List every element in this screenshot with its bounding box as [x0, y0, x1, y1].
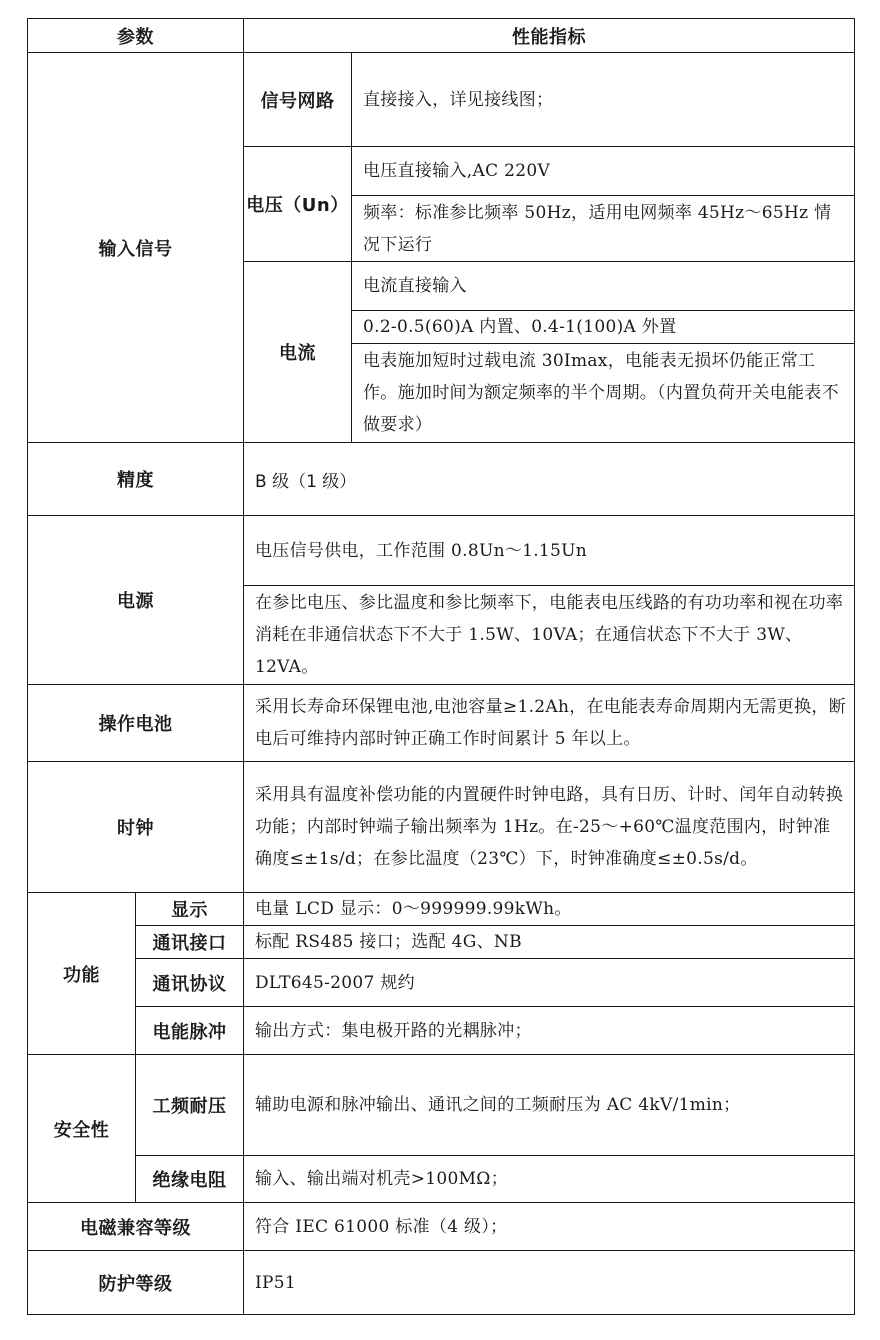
- safety-withstand-value: 辅助电源和脉冲输出、通讯之间的工频耐压为 AC 4kV/1min；: [255, 1089, 740, 1121]
- function-label: 功能: [63, 961, 100, 987]
- current-label: 电流: [279, 339, 316, 365]
- function-comm-protocol-label: 通讯协议: [153, 970, 227, 996]
- power-label: 电源: [117, 587, 154, 613]
- function-display-label-cell: 显示: [135, 892, 244, 926]
- spec-table: 参数 性能指标 输入信号 信号网路 直接接入，详见接线图； 电压（Un） 电压直…: [0, 0, 880, 1340]
- protection-label: 防护等级: [99, 1270, 173, 1296]
- function-display-value-cell: 电量 LCD 显示：0～999999.99kWh。: [243, 892, 855, 926]
- header-spec: 性能指标: [512, 23, 586, 49]
- voltage-value-2-cell: 频率：标准参比频率 50Hz，适用电网频率 45Hz～65Hz 情况下运行: [351, 195, 855, 262]
- battery-value: 采用长寿命环保锂电池,电池容量≥1.2Ah，在电能表寿命周期内无需更换，断电后可…: [255, 691, 846, 755]
- safety-withstand-label-cell: 工频耐压: [135, 1054, 244, 1156]
- current-label-cell: 电流: [243, 261, 352, 443]
- signal-line-label-cell: 信号网路: [243, 52, 352, 147]
- voltage-value-2: 频率：标准参比频率 50Hz，适用电网频率 45Hz～65Hz 情况下运行: [363, 197, 846, 261]
- emc-label-cell: 电磁兼容等级: [27, 1202, 244, 1251]
- signal-line-value: 直接接入，详见接线图；: [363, 84, 553, 116]
- accuracy-value-cell: B 级（1 级）: [243, 442, 855, 516]
- current-value-1-cell: 电流直接输入: [351, 261, 855, 311]
- input-signal-label: 输入信号: [99, 235, 173, 261]
- accuracy-value: B 级（1 级）: [255, 467, 356, 492]
- function-comm-interface-value: 标配 RS485 接口；选配 4G、NB: [255, 926, 522, 958]
- power-value-1-cell: 电压信号供电，工作范围 0.8Un～1.15Un: [243, 515, 855, 586]
- protection-value-cell: IP51: [243, 1250, 855, 1315]
- safety-withstand-value-cell: 辅助电源和脉冲输出、通讯之间的工频耐压为 AC 4kV/1min；: [243, 1054, 855, 1156]
- accuracy-label-cell: 精度: [27, 442, 244, 516]
- safety-insulation-value-cell: 输入、输出端对机壳>100MΩ；: [243, 1155, 855, 1203]
- safety-insulation-label-cell: 绝缘电阻: [135, 1155, 244, 1203]
- function-label-cell: 功能: [27, 892, 136, 1055]
- function-comm-protocol-value-cell: DLT645-2007 规约: [243, 958, 855, 1007]
- accuracy-label: 精度: [117, 466, 154, 492]
- battery-label: 操作电池: [99, 710, 173, 736]
- function-pulse-label-cell: 电能脉冲: [135, 1006, 244, 1055]
- emc-value: 符合 IEC 61000 标准（4 级）；: [255, 1211, 507, 1243]
- function-display-value: 电量 LCD 显示：0～999999.99kWh。: [255, 893, 572, 925]
- safety-insulation-label: 绝缘电阻: [153, 1166, 227, 1192]
- current-value-2-cell: 0.2-0.5(60)A 内置、0.4-1(100)A 外置: [351, 310, 855, 344]
- clock-value: 采用具有温度补偿功能的内置硬件时钟电路，具有日历、计时、闰年自动转换功能；内部时…: [255, 779, 846, 875]
- safety-label-cell: 安全性: [27, 1054, 136, 1203]
- emc-label: 电磁兼容等级: [80, 1214, 191, 1240]
- signal-line-label: 信号网路: [261, 87, 335, 113]
- voltage-value-1-cell: 电压直接输入,AC 220V: [351, 146, 855, 196]
- power-value-1: 电压信号供电，工作范围 0.8Un～1.15Un: [255, 535, 587, 567]
- emc-value-cell: 符合 IEC 61000 标准（4 级）；: [243, 1202, 855, 1251]
- function-comm-interface-label: 通讯接口: [153, 929, 227, 955]
- function-comm-protocol-label-cell: 通讯协议: [135, 958, 244, 1007]
- safety-label: 安全性: [54, 1116, 110, 1142]
- function-comm-interface-value-cell: 标配 RS485 接口；选配 4G、NB: [243, 925, 855, 959]
- clock-label: 时钟: [117, 814, 154, 840]
- battery-value-cell: 采用长寿命环保锂电池,电池容量≥1.2Ah，在电能表寿命周期内无需更换，断电后可…: [243, 684, 855, 762]
- power-value-2-cell: 在参比电压、参比温度和参比频率下，电能表电压线路的有功功率和视在功率消耗在非通信…: [243, 585, 855, 685]
- protection-label-cell: 防护等级: [27, 1250, 244, 1315]
- safety-insulation-value: 输入、输出端对机壳>100MΩ；: [255, 1163, 508, 1195]
- function-comm-interface-label-cell: 通讯接口: [135, 925, 244, 959]
- voltage-label-cell: 电压（Un）: [243, 146, 352, 262]
- current-value-1: 电流直接输入: [363, 270, 467, 302]
- current-value-3-cell: 电表施加短时过载电流 30Imax，电能表无损坏仍能正常工作。施加时间为额定频率…: [351, 343, 855, 443]
- safety-withstand-label: 工频耐压: [153, 1092, 227, 1118]
- function-pulse-value: 输出方式：集电极开路的光耦脉冲；: [255, 1015, 532, 1047]
- header-param-cell: 参数: [27, 18, 244, 53]
- input-signal-label-cell: 输入信号: [27, 52, 244, 443]
- voltage-label: 电压（Un）: [246, 191, 348, 217]
- function-display-label: 显示: [171, 896, 208, 922]
- power-label-cell: 电源: [27, 515, 244, 685]
- function-pulse-label: 电能脉冲: [153, 1018, 227, 1044]
- header-spec-cell: 性能指标: [243, 18, 855, 53]
- current-value-3: 电表施加短时过载电流 30Imax，电能表无损坏仍能正常工作。施加时间为额定频率…: [363, 345, 846, 441]
- clock-label-cell: 时钟: [27, 761, 244, 893]
- signal-line-value-cell: 直接接入，详见接线图；: [351, 52, 855, 147]
- function-comm-protocol-value: DLT645-2007 规约: [255, 967, 415, 999]
- voltage-value-1: 电压直接输入,AC 220V: [363, 155, 550, 187]
- header-param: 参数: [117, 23, 154, 49]
- clock-value-cell: 采用具有温度补偿功能的内置硬件时钟电路，具有日历、计时、闰年自动转换功能；内部时…: [243, 761, 855, 893]
- current-value-2: 0.2-0.5(60)A 内置、0.4-1(100)A 外置: [363, 311, 676, 343]
- power-value-2: 在参比电压、参比温度和参比频率下，电能表电压线路的有功功率和视在功率消耗在非通信…: [255, 587, 846, 683]
- battery-label-cell: 操作电池: [27, 684, 244, 762]
- protection-value: IP51: [255, 1267, 296, 1299]
- function-pulse-value-cell: 输出方式：集电极开路的光耦脉冲；: [243, 1006, 855, 1055]
